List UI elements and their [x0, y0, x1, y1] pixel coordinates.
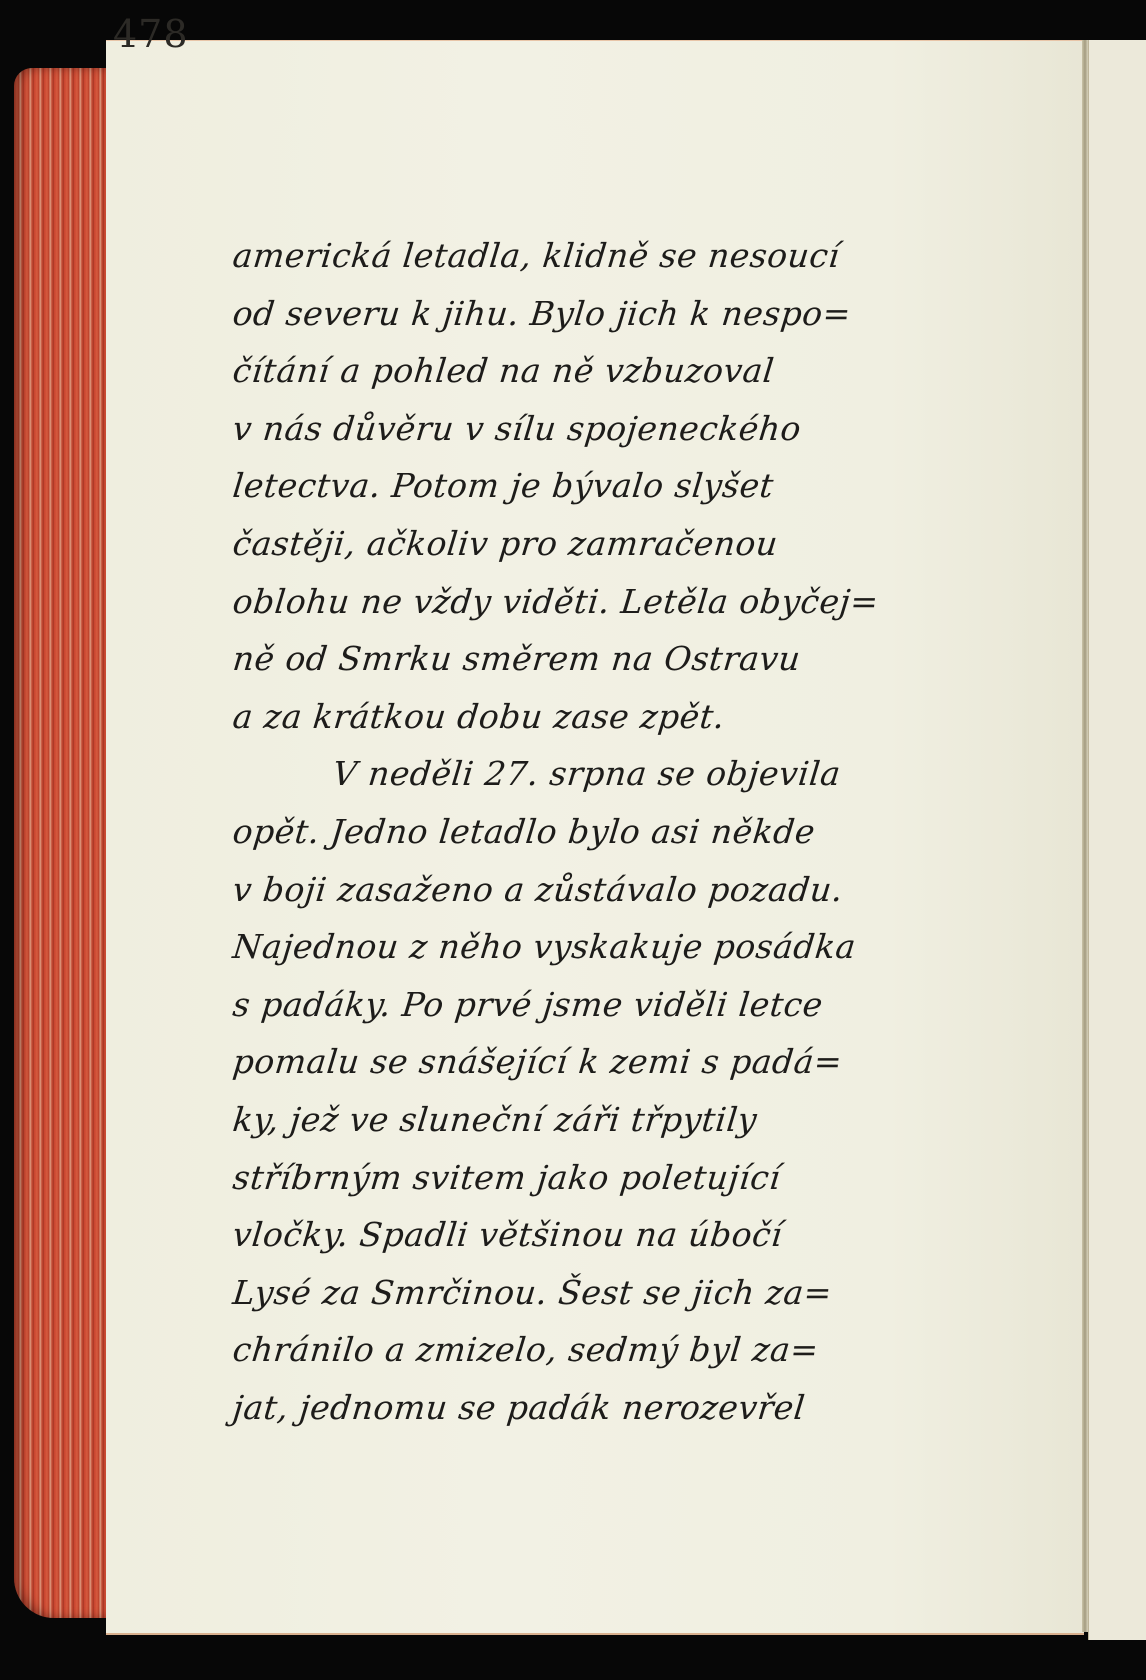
page-number: 478 — [113, 12, 189, 56]
text-line: chránilo a zmizelo, sedmý byl za= — [229, 1330, 875, 1388]
red-page-edges — [14, 68, 106, 1618]
text-line: opět. Jedno letadlo bylo asi někde — [229, 812, 875, 870]
text-line: ně od Smrku směrem na Ostravu — [229, 639, 875, 697]
text-line: stříbrným svitem jako poletující — [229, 1158, 875, 1216]
text-line: americká letadla, klidně se nesoucí — [229, 236, 875, 294]
text-line: a za krátkou dobu zase zpět. — [229, 697, 875, 755]
text-line: s padáky. Po prvé jsme viděli letce — [229, 985, 875, 1043]
text-line: letectva. Potom je bývalo slyšet — [229, 466, 875, 524]
text-line: Lysé za Smrčinou. Šest se jich za= — [229, 1273, 875, 1331]
text-line: pomalu se snášející k zemi s padá= — [229, 1042, 875, 1100]
facing-page-edge — [1088, 40, 1146, 1640]
text-line: v nás důvěru v sílu spojeneckého — [229, 409, 875, 467]
paragraph-start-line: V neděli 27. srpna se objevila — [229, 754, 875, 812]
text-line: od severu k jihu. Bylo jich k nespo= — [229, 294, 875, 352]
text-line: vločky. Spadli většinou na úbočí — [229, 1215, 875, 1273]
text-line: častěji, ačkoliv pro zamračenou — [229, 524, 875, 582]
text-line: jat, jednomu se padák nerozevřel — [229, 1388, 875, 1446]
text-line: ky, jež ve sluneční záři třpytily — [229, 1100, 875, 1158]
text-line: oblohu ne vždy viděti. Letěla obyčej= — [229, 582, 875, 640]
handwritten-text: americká letadla, klidně se nesoucí od s… — [232, 236, 872, 1445]
text-line: Najednou z něho vyskakuje posádka — [229, 927, 875, 985]
text-line: čítání a pohled na ně vzbuzoval — [229, 351, 875, 409]
text-line: v boji zasaženo a zůstávalo pozadu. — [229, 870, 875, 928]
